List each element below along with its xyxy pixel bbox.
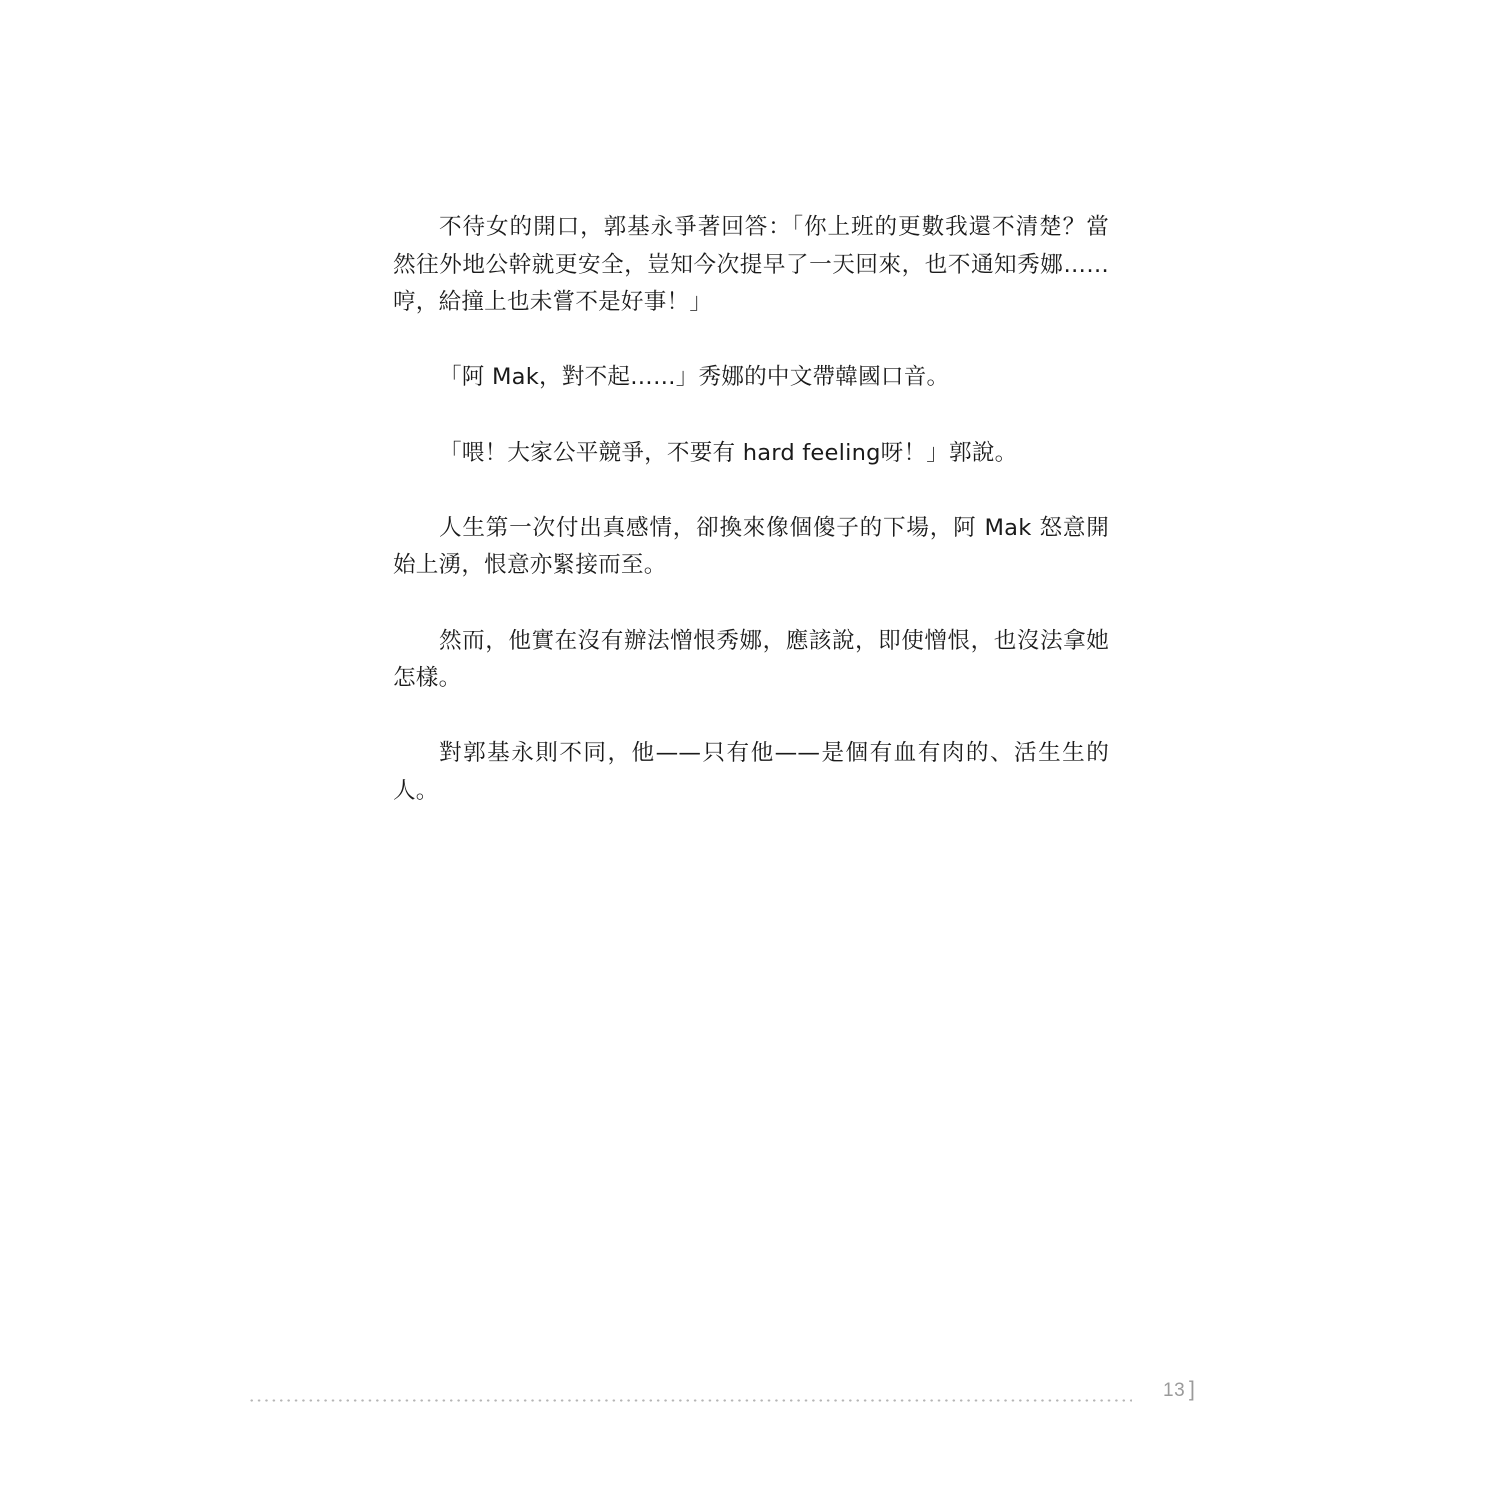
paragraph-5: 然而，他實在沒有辦法憎恨秀娜，應該說，即使憎恨，也沒法拿她怎樣。: [393, 623, 1109, 698]
paragraph-4: 人生第一次付出真感情，卻換來像個傻子的下場，阿 Mak 怒意開始上湧，恨意亦緊接…: [393, 510, 1109, 585]
paragraph-6: 對郭基永則不同，他——只有他——是個有血有肉的、活生生的人。: [393, 735, 1109, 810]
body-text: 不待女的開口，郭基永爭著回答：「你上班的更數我還不清楚？當然往外地公幹就更安全，…: [393, 209, 1109, 848]
page-number: 13: [1163, 1380, 1185, 1402]
paragraph-3: 「喂！大家公平競爭，不要有 hard feeling呀！」郭說。: [393, 435, 1109, 473]
book-page: 不待女的開口，郭基永爭著回答：「你上班的更數我還不清楚？當然往外地公幹就更安全，…: [0, 0, 1500, 1500]
paragraph-1: 不待女的開口，郭基永爭著回答：「你上班的更數我還不清楚？當然往外地公幹就更安全，…: [393, 209, 1109, 322]
page-bracket: ]: [1189, 1378, 1195, 1402]
paragraph-2: 「阿 Mak，對不起……」秀娜的中文帶韓國口音。: [393, 359, 1109, 397]
footer-dotted-rule: [248, 1399, 1132, 1402]
